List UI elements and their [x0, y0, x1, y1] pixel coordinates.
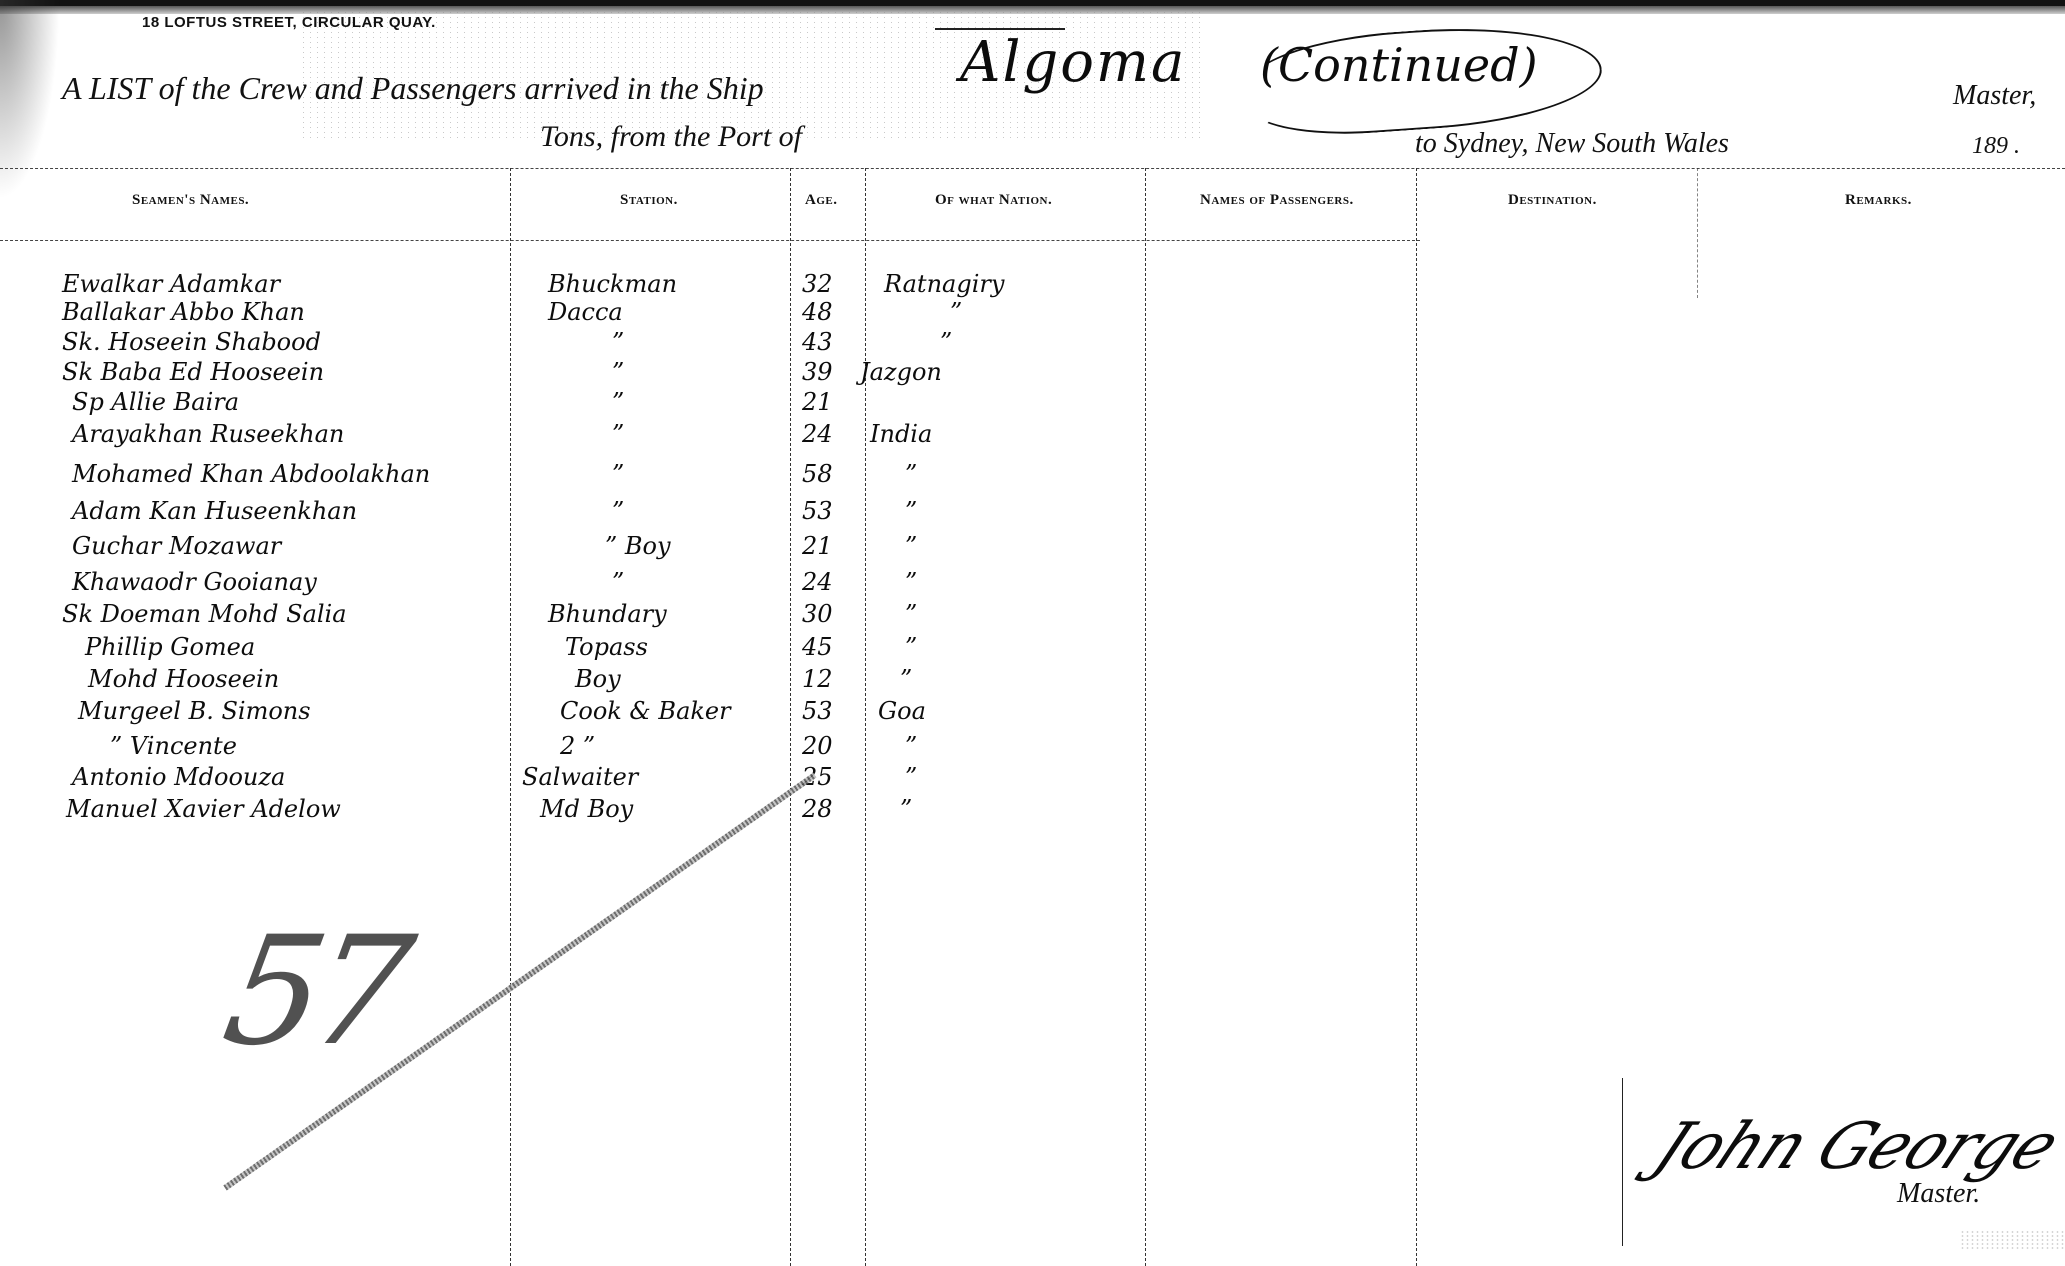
- seaman-age: 53: [802, 697, 833, 725]
- seaman-age: 24: [802, 420, 833, 448]
- seaman-nation: ”: [905, 568, 917, 596]
- crew-row: Ewalkar Adamkar Bhuckman 32 Ratnagiry: [0, 270, 1145, 298]
- seaman-name: Antonio Mdoouza: [72, 763, 285, 791]
- column-header-passengers: Names of Passengers.: [1200, 192, 1354, 209]
- seaman-name: Sk Baba Ed Hooseein: [62, 358, 324, 386]
- crew-row: Guchar Mozawar ” Boy 21 ”: [0, 532, 1145, 560]
- column-header-destination: Destination.: [1508, 192, 1597, 209]
- seaman-name: Manuel Xavier Adelow: [66, 795, 341, 823]
- seaman-name: Guchar Mozawar: [72, 532, 281, 560]
- seaman-station: Topass: [565, 633, 648, 661]
- seaman-station: ”: [612, 568, 624, 596]
- seaman-nation: ”: [905, 633, 917, 661]
- header-bottom-rule: [0, 240, 1420, 241]
- column-header-seamens-names: Seamen's Names.: [132, 192, 249, 209]
- column-divider-remarks: [1697, 168, 1698, 298]
- column-divider-destination: [1416, 168, 1417, 1266]
- signature-title: Master.: [1897, 1178, 1980, 1210]
- seaman-name: Phillip Gomea: [85, 633, 255, 661]
- seaman-station: Cook & Baker: [560, 697, 731, 725]
- seaman-nation: ”: [950, 298, 962, 326]
- seaman-name: Murgeel B. Simons: [78, 697, 311, 725]
- seaman-station: ”: [612, 497, 624, 525]
- column-header-nation: Of what Nation.: [935, 192, 1052, 209]
- seaman-age: 48: [802, 298, 833, 326]
- form-subtitle-port: Tons, from the Port of: [540, 120, 802, 154]
- seaman-name: Sk. Hoseein Shabood: [62, 328, 321, 356]
- header-top-rule: [0, 168, 2065, 169]
- seaman-age: 39: [802, 358, 833, 386]
- seaman-age: 28: [802, 795, 833, 823]
- column-header-age: Age.: [805, 192, 837, 209]
- seaman-name: Mohd Hooseein: [88, 665, 279, 693]
- crew-row: Adam Kan Huseenkhan ” 53 ”: [0, 497, 1145, 525]
- ship-note-handwritten: (Continued): [1260, 38, 1538, 92]
- crew-row: Arayakhan Ruseekhan ” 24 India: [0, 420, 1145, 448]
- column-header-remarks: Remarks.: [1845, 192, 1912, 209]
- seaman-station: ”: [612, 358, 624, 386]
- crew-row: Khawaodr Gooianay ” 24 ”: [0, 568, 1145, 596]
- seaman-age: 32: [802, 270, 833, 298]
- crew-row: Ballakar Abbo Khan Dacca 48 ”: [0, 298, 1145, 326]
- crew-row: Sp Allie Baira ” 21: [0, 388, 1145, 416]
- seaman-name: ” Vincente: [110, 732, 237, 760]
- seaman-name: Khawaodr Gooianay: [72, 568, 317, 596]
- seaman-name: Sk Doeman Mohd Salia: [62, 600, 347, 628]
- crew-row: Sk Doeman Mohd Salia Bhundary 30 ”: [0, 600, 1145, 628]
- seaman-nation: ”: [900, 795, 912, 823]
- seaman-age: 12: [802, 665, 833, 693]
- seaman-name: Ballakar Abbo Khan: [62, 298, 305, 326]
- crew-row: Antonio Mdoouza Salwaiter 25 ”: [0, 763, 1145, 791]
- seaman-name: Arayakhan Ruseekhan: [72, 420, 344, 448]
- master-label: Master,: [1953, 80, 2036, 112]
- signature-bracket-line: [1622, 1078, 1623, 1246]
- master-signature: John George: [1643, 1110, 2065, 1184]
- crew-row: Murgeel B. Simons Cook & Baker 53 Goa: [0, 697, 1145, 725]
- column-divider-passengers: [1145, 168, 1146, 1266]
- seaman-age: 53: [802, 497, 833, 525]
- seaman-nation: ”: [905, 600, 917, 628]
- crew-row: Mohamed Khan Abdoolakhan ” 58 ”: [0, 460, 1145, 488]
- seaman-age: 43: [802, 328, 833, 356]
- ship-name-handwritten: Algoma: [960, 30, 1186, 95]
- seaman-nation: Goa: [878, 697, 926, 725]
- seaman-age: 58: [802, 460, 833, 488]
- seaman-nation: Ratnagiry: [884, 270, 1004, 298]
- seaman-station: 2 ”: [560, 732, 595, 760]
- scan-speckle-corner: [1960, 1230, 2065, 1250]
- seaman-station: ” Boy: [605, 532, 671, 560]
- seaman-age: 21: [802, 388, 833, 416]
- seaman-station: Bhuckman: [548, 270, 677, 298]
- crew-row: Mohd Hooseein Boy 12 ”: [0, 665, 1145, 693]
- seaman-age: 24: [802, 568, 833, 596]
- seaman-age: 21: [802, 532, 833, 560]
- seaman-station: ”: [612, 328, 624, 356]
- form-title: A LIST of the Crew and Passengers arrive…: [62, 70, 764, 107]
- seaman-nation: Jazgon: [860, 358, 942, 386]
- seaman-age: 30: [802, 600, 833, 628]
- seaman-nation: India: [870, 420, 932, 448]
- seaman-station: ”: [612, 460, 624, 488]
- seaman-nation: ”: [940, 328, 952, 356]
- seaman-nation: ”: [905, 532, 917, 560]
- year-field: 189 .: [1972, 133, 2020, 160]
- printer-imprint: 18 LOFTUS STREET, CIRCULAR QUAY.: [142, 14, 436, 31]
- folio-number: 57: [213, 905, 415, 1079]
- seaman-name: Sp Allie Baira: [72, 388, 239, 416]
- seaman-name: Adam Kan Huseenkhan: [72, 497, 357, 525]
- seaman-station: ”: [612, 388, 624, 416]
- seaman-station: ”: [612, 420, 624, 448]
- seaman-station: Bhundary: [548, 600, 667, 628]
- seaman-nation: ”: [905, 497, 917, 525]
- seaman-station: Salwaiter: [522, 763, 638, 791]
- seaman-station: Dacca: [548, 298, 623, 326]
- seaman-nation: ”: [900, 665, 912, 693]
- crew-row: Sk. Hoseein Shabood ” 43 ”: [0, 328, 1145, 356]
- seaman-station: Boy: [575, 665, 621, 693]
- seaman-name: Ewalkar Adamkar: [62, 270, 280, 298]
- column-header-station: Station.: [620, 192, 678, 209]
- seaman-age: 20: [802, 732, 833, 760]
- seaman-nation: ”: [905, 460, 917, 488]
- crew-row: Sk Baba Ed Hooseein ” 39 Jazgon: [0, 358, 1145, 386]
- crew-row: Phillip Gomea Topass 45 ”: [0, 633, 1145, 661]
- scan-corner-shadow: [0, 0, 60, 200]
- crew-row: ” Vincente 2 ” 20 ”: [0, 732, 1145, 760]
- seaman-name: Mohamed Khan Abdoolakhan: [72, 460, 430, 488]
- seaman-nation: ”: [905, 732, 917, 760]
- seaman-age: 45: [802, 633, 833, 661]
- form-destination-line: to Sydney, New South Wales: [1415, 128, 1729, 160]
- crew-row: Manuel Xavier Adelow Md Boy 28 ”: [0, 795, 1145, 823]
- seaman-nation: ”: [905, 763, 917, 791]
- seaman-station: Md Boy: [540, 795, 633, 823]
